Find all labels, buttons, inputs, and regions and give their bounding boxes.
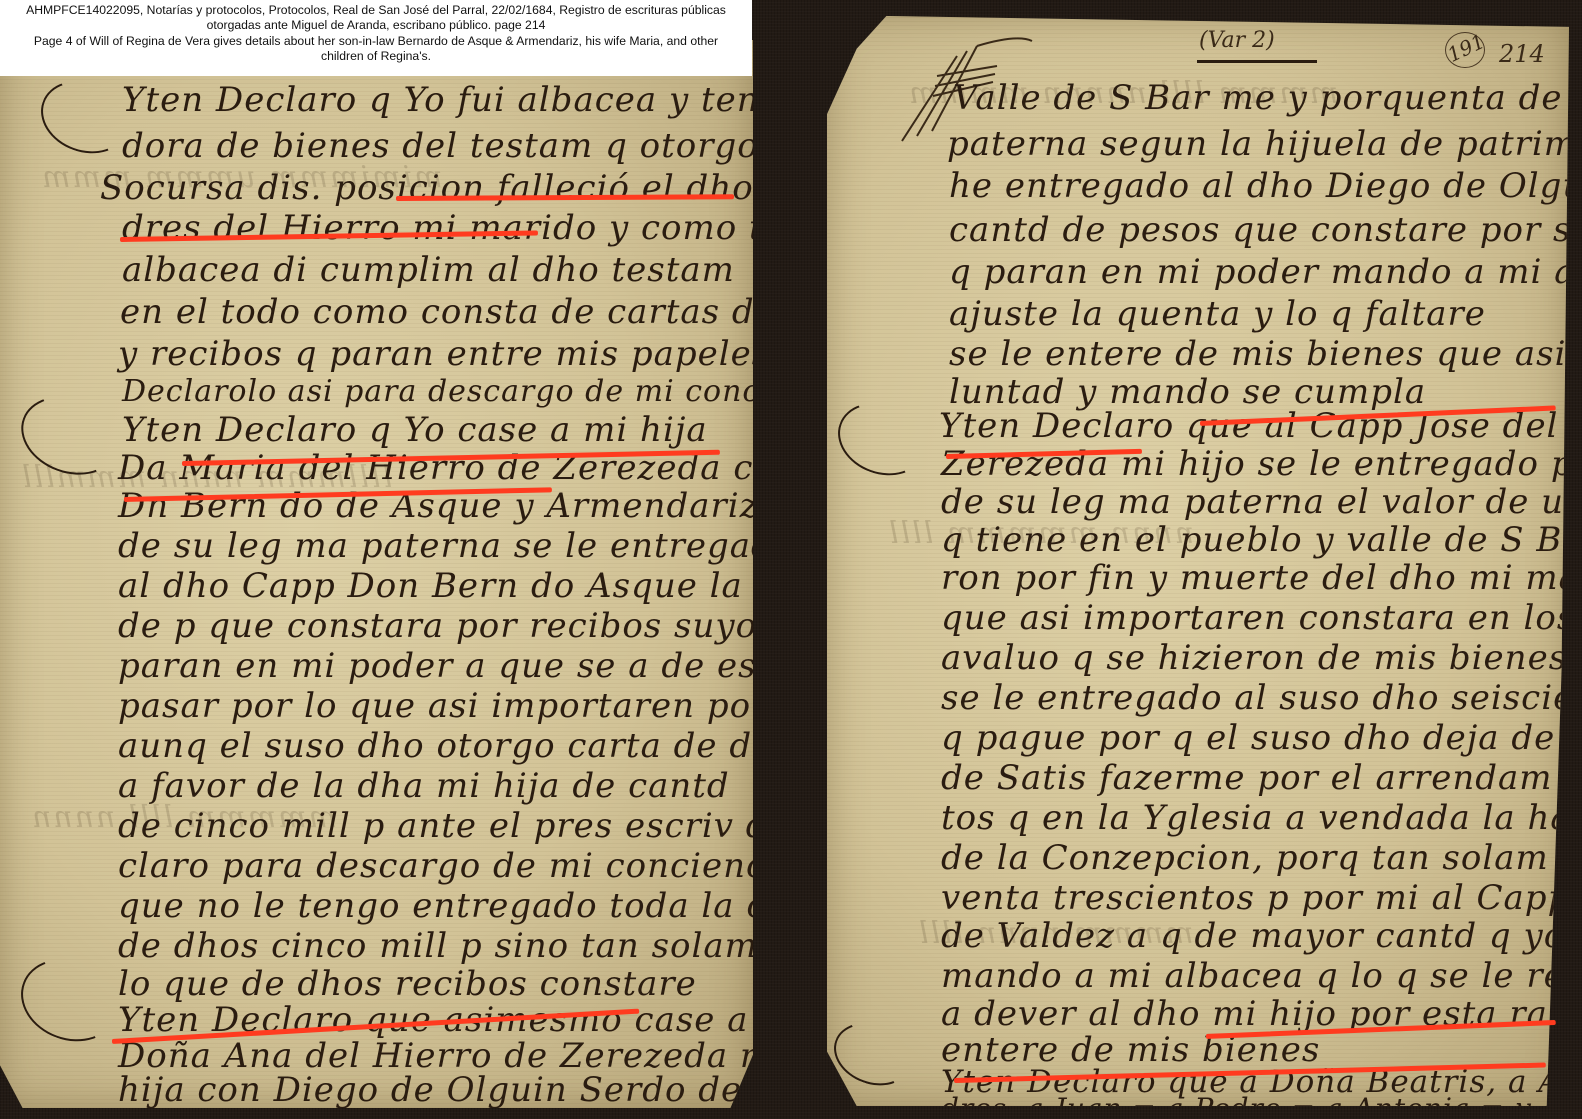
manuscript-line: que asi importaren constara en los inbo …: [941, 598, 1569, 638]
manuscript-line: q pague por q el suso dho deja de pagarm…: [941, 718, 1569, 758]
manuscript-line: pasar por lo que asi importaren porq: [118, 686, 753, 726]
manuscript-line: Declarolo asi para descargo de mi concie…: [122, 374, 753, 409]
manuscript-page-right: mmmm llll nnnnn mmmm nnnn mmmmm llll mmm…: [827, 16, 1569, 1106]
manuscript-line: al dho Capp Don Bern do Asque la cantd: [118, 566, 753, 606]
manuscript-line: de Satis fazerme por el arrendam de nove…: [941, 758, 1569, 798]
manuscript-line: claro para descargo de mi conciencia: [118, 846, 753, 886]
manuscript-line: aunq el suso dho otorgo carta de dote: [118, 726, 753, 766]
manuscript-line: venta trescientos p por mi al Capp Dn Ja…: [941, 878, 1569, 918]
manuscript-line: de cinco mill p ante el pres escriv de: [118, 806, 753, 846]
folio-number-new: 214: [1499, 40, 1545, 68]
manuscript-line: cantd de pesos que constare por sus reci…: [949, 210, 1569, 250]
caption-line: AHMPFCE14022095, Notarías y protocolos, …: [4, 3, 748, 18]
manuscript-line: q paran en mi poder mando a mi albacea: [949, 252, 1569, 292]
manuscript-line: dres, a Juan = a Pedro = a Antonia = y a…: [941, 1092, 1569, 1106]
heading-underline: [1197, 60, 1317, 63]
manuscript-line: de su leg ma paterna se le entregado: [118, 526, 753, 566]
manuscript-line: Yten Declaro q Yo case a mi hija: [122, 410, 708, 450]
manuscript-line: tos q en la Yglesia a vendada la hazda d…: [941, 798, 1569, 838]
manuscript-line: ron por fin y muerte del dho mi marido y…: [941, 558, 1569, 598]
manuscript-line: Zerezeda mi hijo se le entregado por q a: [941, 444, 1569, 484]
manuscript-line: mando a mi albacea q lo q se le restare: [941, 956, 1569, 996]
manuscript-line: de p que constara por recibos suyos que: [118, 606, 753, 646]
manuscript-line: Valle de S Bar me y porquenta de su leg …: [953, 78, 1569, 118]
manuscript-line: hija con Diego de Olguin Serdo del: [118, 1070, 753, 1108]
manuscript-line: de dhos cinco mill p sino tan solam: [118, 926, 753, 966]
manuscript-line: se le entere de mis bienes que asi es mi…: [949, 334, 1569, 374]
manuscript-line: albacea di cumplim al dho testam: [122, 250, 735, 290]
manuscript-line: de la Conzepcion, porq tan solam pago de…: [941, 838, 1569, 878]
manuscript-line: de su leg ma paterna el valor de unas ca…: [941, 482, 1569, 522]
caption-line: Page 4 of Will of Regina de Vera gives d…: [4, 34, 748, 49]
manuscript-line: ajuste la quenta y lo q faltare: [949, 294, 1486, 334]
manuscript-line: Yten Declaro q Yo fui albacea y tene: [122, 80, 753, 120]
paragraph-flourish-icon: [828, 391, 937, 488]
manuscript-line: paran en mi poder a que se a de estar y: [118, 646, 753, 686]
manuscript-line: paterna segun la hijuela de patrimonio s…: [947, 124, 1569, 164]
manuscript-line: he entregado al dho Diego de Olguin la: [949, 166, 1569, 206]
caption-line: otorgadas ante Miguel de Aranda, escriba…: [4, 18, 748, 33]
manuscript-line: se le entregado al suso dho seiscientos …: [941, 678, 1569, 718]
folio-heading: (Var 2): [1199, 28, 1275, 53]
manuscript-line: de Valdez a q de mayor cantd q yo le dev…: [941, 916, 1569, 956]
caption-line: children of Regina's.: [4, 49, 748, 64]
manuscript-page-left: mimimmm ummm mmm llllmmm nnnn mmmlll mmm…: [0, 40, 753, 1108]
manuscript-line: dres del Hierro mi marido y como tal: [122, 208, 753, 248]
manuscript-line: dora de bienes del testam q otorgo el: [122, 126, 753, 166]
manuscript-line: a favor de la dha mi hija de cantd: [118, 766, 730, 806]
manuscript-line: lo que de dhos recibos constare: [118, 964, 697, 1004]
manuscript-line: Socursa dis. posicion falleció el dho Ca…: [100, 168, 753, 208]
caption-box: AHMPFCE14022095, Notarías y protocolos, …: [0, 0, 752, 76]
manuscript-line: avaluo q se hizieron de mis bienes; y as…: [941, 638, 1569, 678]
manuscript-line: en el todo como consta de cartas de pag: [120, 292, 753, 332]
manuscript-line: que no le tengo entregado toda la cantd: [118, 886, 753, 926]
manuscript-line: y recibos q paran entre mis papeles: [118, 334, 753, 374]
manuscript-line: q tiene en el pueblo y valle de S Bar me…: [941, 520, 1569, 560]
